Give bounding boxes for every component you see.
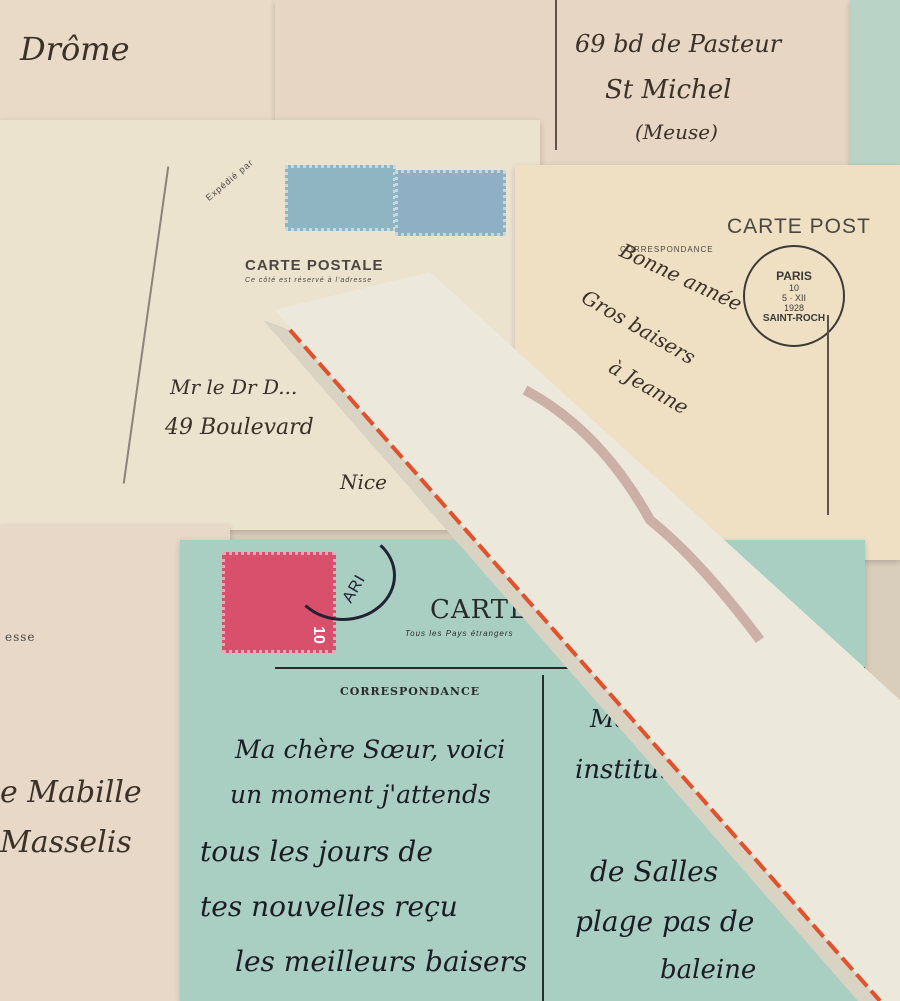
notebook-cover bbox=[275, 272, 900, 1001]
stitched-notebook bbox=[0, 0, 900, 1001]
